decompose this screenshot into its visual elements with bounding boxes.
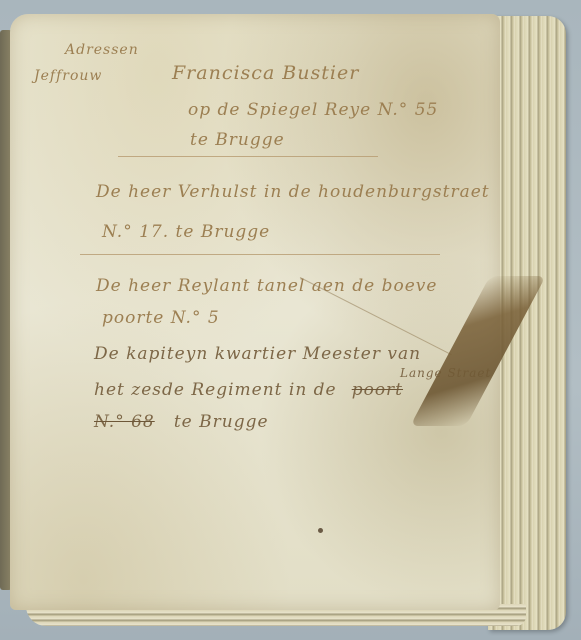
entry-1-city: te Brugge — [190, 130, 285, 150]
entry-3-line1: De heer Reylant tanel aen de boeve — [96, 276, 437, 296]
entry-4-city: te Brugge — [174, 412, 269, 432]
entry-1-name: Francisca Bustier — [172, 62, 359, 84]
entry-4-struck-word: poort — [352, 380, 403, 400]
entry-4-line1: De kapiteyn kwartier Meester van — [94, 344, 421, 364]
entry-4-line2: het zesde Regiment in de poort — [94, 380, 403, 400]
divider-2 — [80, 254, 440, 255]
paper-speck — [318, 528, 323, 533]
manuscript-photo: Adressen Jeffrouw Francisca Bustier op d… — [0, 0, 581, 640]
entry-3-line2: poorte N.° 5 — [102, 308, 220, 328]
entry-4-struck-number: N.° 68 — [94, 412, 155, 432]
entry-4-line3: N.° 68 te Brugge — [94, 412, 269, 432]
margin-note-jeffrouw: Jeffrouw — [34, 68, 102, 84]
entry-2-line2: N.° 17. te Brugge — [102, 222, 270, 242]
margin-note-adressen: Adressen — [65, 42, 139, 58]
entry-4-line2-text: het zesde Regiment in de — [94, 380, 337, 400]
manuscript-page: Adressen Jeffrouw Francisca Bustier op d… — [10, 14, 500, 610]
divider-1 — [118, 156, 378, 157]
entry-1-street: op de Spiegel Reye N.° 55 — [188, 100, 438, 120]
entry-2-line1: De heer Verhulst in de houdenburgstraet — [96, 182, 490, 202]
